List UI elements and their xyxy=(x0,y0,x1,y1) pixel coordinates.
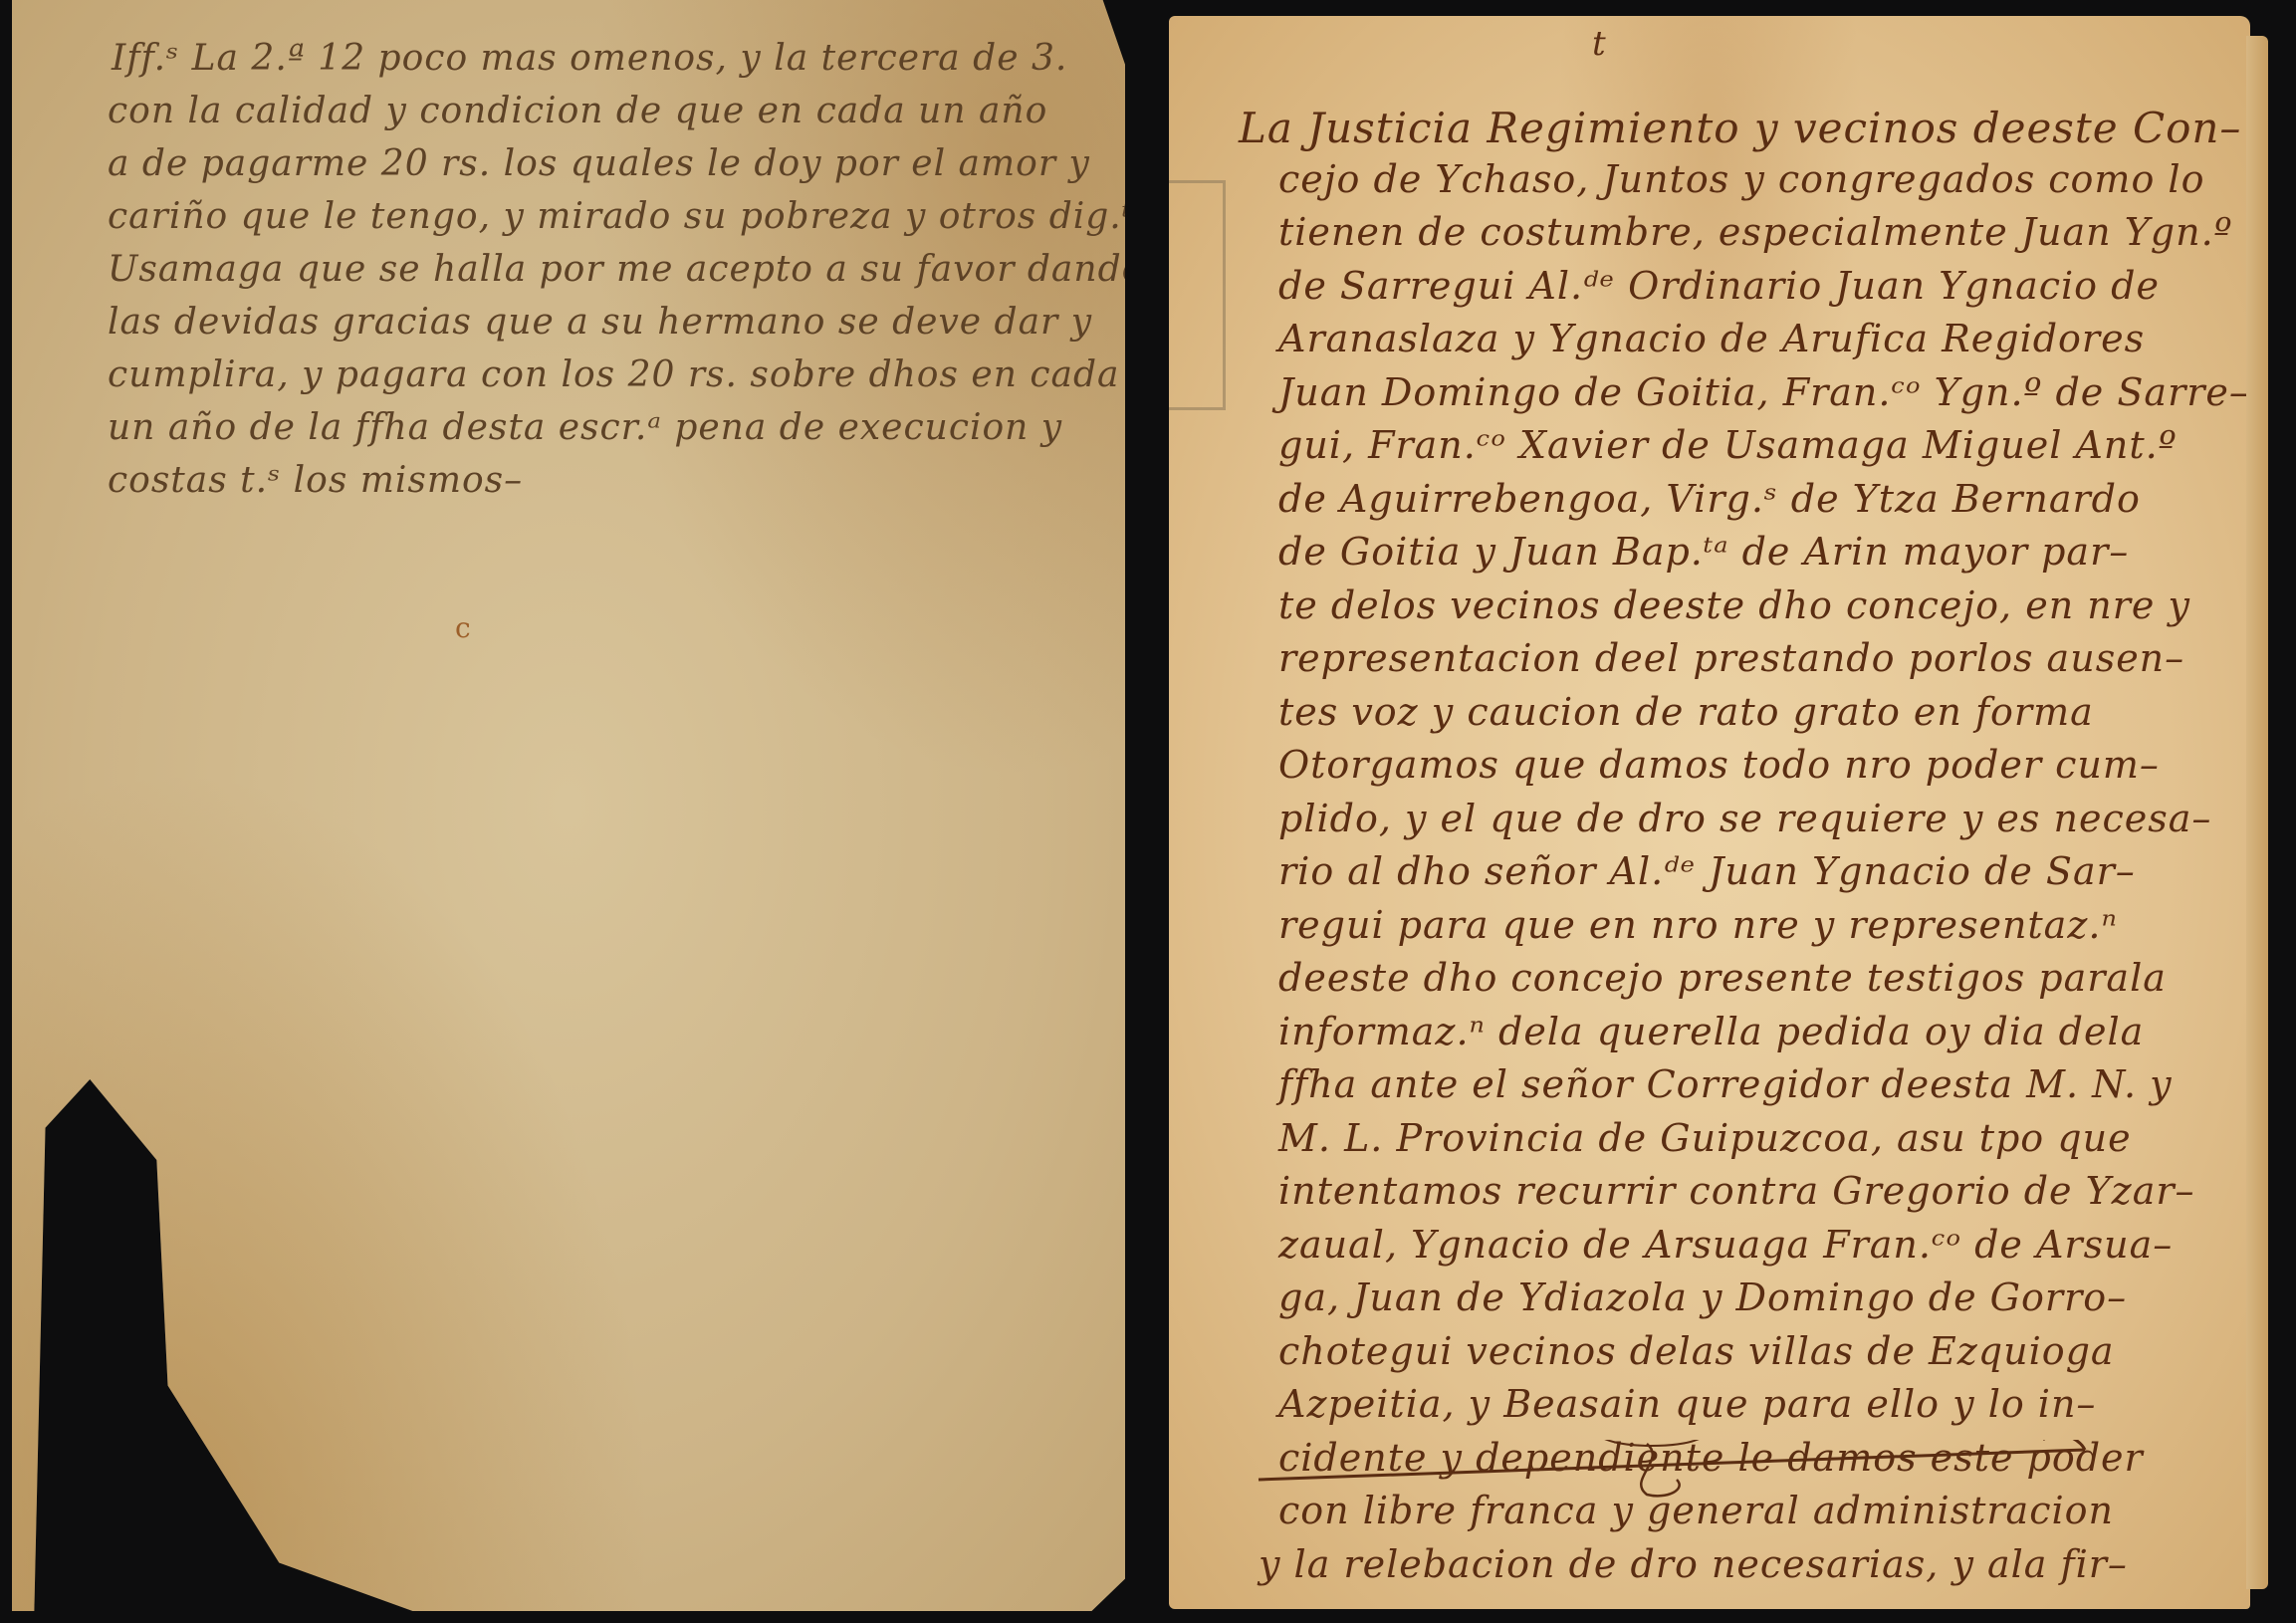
manuscript-line: tienen de costumbre, especialmente Juan … xyxy=(1278,210,2233,254)
top-mark: t xyxy=(1592,24,1607,64)
manuscript-line: representacion deel prestando porlos aus… xyxy=(1278,636,2184,680)
manuscript-line: cejo de Ychaso, Juntos y congregados com… xyxy=(1278,157,2204,201)
manuscript-line: Aranaslaza y Ygnacio de Arufica Regidore… xyxy=(1278,317,2145,360)
manuscript-line: La Justicia Regimiento y vecinos deeste … xyxy=(1239,104,2241,152)
ink-stain-mark: c xyxy=(455,611,471,644)
manuscript-line: de Sarregui Al.ᵈᵉ Ordinario Juan Ygnacio… xyxy=(1278,264,2160,308)
manuscript-line: costas t.ˢ los mismos– xyxy=(108,460,523,501)
manuscript-line: Juan Domingo de Goitia, Fran.ᶜᵒ Ygn.º de… xyxy=(1278,370,2249,414)
manuscript-line: rio al dho señor Al.ᵈᵉ Juan Ygnacio de S… xyxy=(1278,849,2136,893)
manuscript-line: zaual, Ygnacio de Arsuaga Fran.ᶜᵒ de Ars… xyxy=(1278,1223,2173,1267)
left-manuscript-page: c Iff.ˢ La 2.ª 12 poco mas omenos, y la … xyxy=(12,0,1125,1611)
manuscript-line: y la relebacion de dro necesarias, y ala… xyxy=(1259,1542,2128,1586)
manuscript-line: ga, Juan de Ydiazola y Domingo de Gorro– xyxy=(1278,1275,2127,1319)
manuscript-line: intentamos recurrir contra Gregorio de Y… xyxy=(1278,1169,2195,1213)
manuscript-line: gui, Fran.ᶜᵒ Xavier de Usamaga Miguel An… xyxy=(1278,423,2178,467)
manuscript-line: Usamaga que se halla por me acepto a su … xyxy=(108,249,1179,290)
manuscript-line: chotegui vecinos delas villas de Ezquiog… xyxy=(1278,1329,2115,1373)
margin-bracket xyxy=(1169,180,1226,410)
manuscript-line: deeste dho concejo presente testigos par… xyxy=(1278,956,2167,1000)
manuscript-line: con libre franca y general administracio… xyxy=(1278,1489,2114,1532)
manuscript-line: a de pagarme 20 rs. los quales le doy po… xyxy=(108,143,1090,184)
manuscript-line: M. L. Provincia de Guipuzcoa, asu tpo qu… xyxy=(1278,1116,2132,1160)
manuscript-line: un año de la ffha desta escr.ᵃ pena de e… xyxy=(108,407,1062,448)
manuscript-line: con la calidad y condicion de que en cad… xyxy=(108,91,1047,131)
manuscript-line: Azpeitia, y Beasain que para ello y lo i… xyxy=(1278,1382,2096,1426)
manuscript-line: tes voz y caucion de rato grato en forma xyxy=(1278,690,2094,734)
manuscript-line: Iff.ˢ La 2.ª 12 poco mas omenos, y la te… xyxy=(112,38,1067,79)
manuscript-line: te delos vecinos deeste dho concejo, en … xyxy=(1278,583,2190,627)
manuscript-line: regui para que en nro nre y representaz.… xyxy=(1278,903,2118,947)
manuscript-line: de Goitia y Juan Bap.ᵗᵃ de Arin mayor pa… xyxy=(1278,530,2129,574)
manuscript-line: cariño que le tengo, y mirado su pobreza… xyxy=(108,196,1160,237)
manuscript-line: ffha ante el señor Corregidor deesta M. … xyxy=(1278,1062,2173,1106)
manuscript-line: Otorgamos que damos todo nro poder cum– xyxy=(1278,743,2160,787)
manuscript-line: cidente y dependiente le damos este pode… xyxy=(1278,1436,2144,1480)
right-manuscript-page: t La Justicia Regimiento y vecinos deest… xyxy=(1169,16,2250,1609)
manuscript-line: cumplira, y pagara con los 20 rs. sobre … xyxy=(108,354,1119,395)
manuscript-line: de Aguirrebengoa, Virg.ˢ de Ytza Bernard… xyxy=(1278,477,2141,521)
manuscript-line: las devidas gracias que a su hermano se … xyxy=(108,302,1092,343)
manuscript-line: informaz.ⁿ dela querella pedida oy dia d… xyxy=(1278,1010,2144,1053)
manuscript-line: plido, y el que de dro se requiere y es … xyxy=(1278,797,2211,840)
